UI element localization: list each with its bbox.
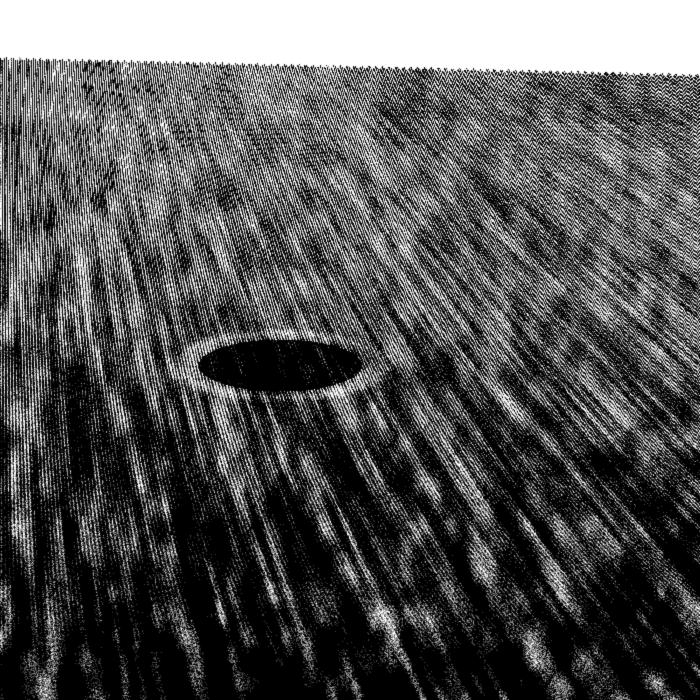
terrain-canvas <box>0 0 700 700</box>
